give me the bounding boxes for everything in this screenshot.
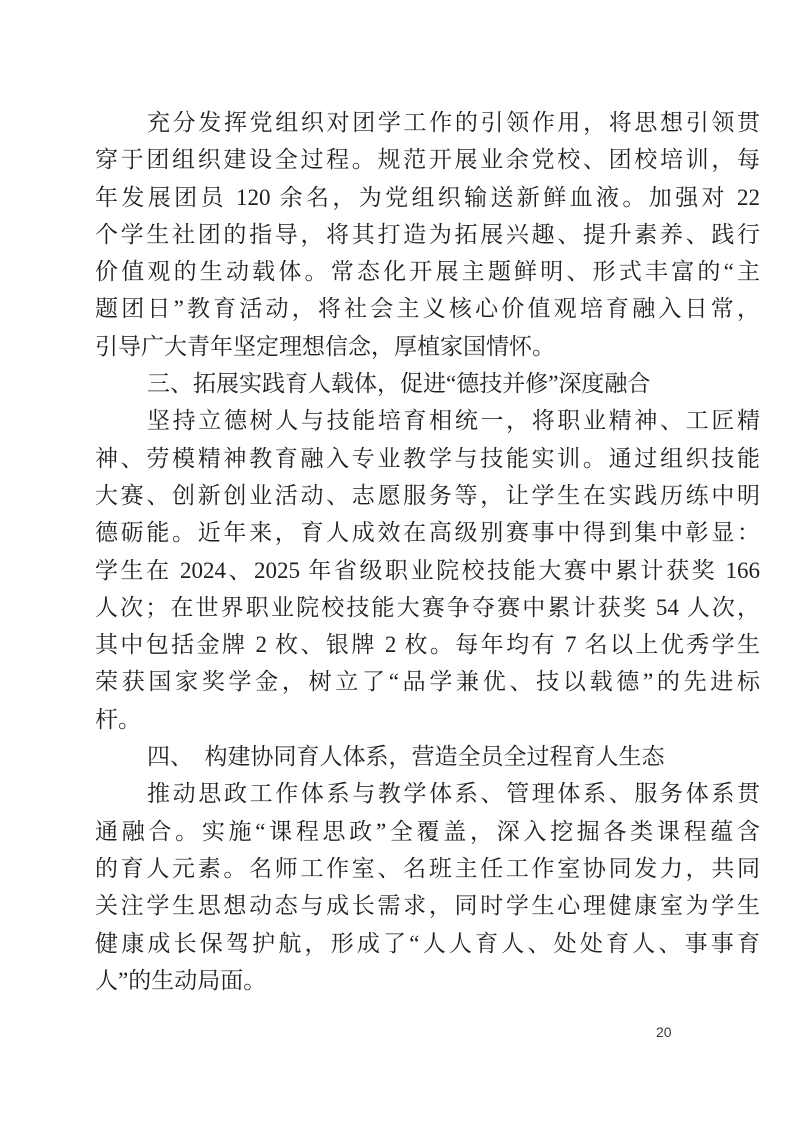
text-line: 其中包括金牌 2 枚、银牌 2 枚。每年均有 7 名以上优秀学生	[95, 626, 760, 663]
text-line: 引导广大青年坚定理想信念，厚植家国情怀。	[95, 328, 760, 365]
text-line: 价值观的生动载体。常态化开展主题鲜明、形式丰富的“主	[95, 253, 760, 290]
text-line: 推动思政工作体系与教学体系、管理体系、服务体系贯	[95, 775, 760, 812]
text-line: 健康成长保驾护航，形成了“人人育人、处处育人、事事育	[95, 925, 760, 962]
text-line: 学生在 2024、2025 年省级职业院校技能大赛中累计获奖 166	[95, 552, 760, 589]
text-line: 年发展团员 120 余名，为党组织输送新鲜血液。加强对 22	[95, 179, 760, 216]
text-line: 荣获国家奖学金，树立了“品学兼优、技以载德”的先进标	[95, 663, 760, 700]
section-heading: 四、 构建协同育人体系，营造全员全过程育人生态	[95, 738, 760, 775]
text-line: 大赛、创新创业活动、志愿服务等，让学生在实践历练中明	[95, 477, 760, 514]
text-line: 充分发挥党组织对团学工作的引领作用，将思想引领贯	[95, 104, 760, 141]
page-number: 20	[656, 1024, 672, 1040]
text-line: 神、劳模精神教育融入专业教学与技能实训。通过组织技能	[95, 440, 760, 477]
text-line: 个学生社团的指导，将其打造为拓展兴趣、提升素养、践行	[95, 216, 760, 253]
text-line: 人”的生动局面。	[95, 962, 760, 999]
text-line: 题团日”教育活动，将社会主义核心价值观培育融入日常，	[95, 290, 760, 327]
document-page: 充分发挥党组织对团学工作的引领作用，将思想引领贯 穿于团组织建设全过程。规范开展…	[0, 0, 794, 1123]
document-body: 充分发挥党组织对团学工作的引领作用，将思想引领贯 穿于团组织建设全过程。规范开展…	[95, 104, 760, 999]
text-line: 杆。	[95, 701, 760, 738]
text-line: 的育人元素。名师工作室、名班主任工作室协同发力，共同	[95, 850, 760, 887]
text-line: 人次；在世界职业院校技能大赛争夺赛中累计获奖 54 人次，	[95, 589, 760, 626]
text-line: 关注学生思想动态与成长需求，同时学生心理健康室为学生	[95, 887, 760, 924]
text-line: 德砺能。近年来，育人成效在高级别赛事中得到集中彰显：	[95, 514, 760, 551]
text-line: 通融合。实施“课程思政”全覆盖，深入挖掘各类课程蕴含	[95, 813, 760, 850]
text-line: 坚持立德树人与技能培育相统一，将职业精神、工匠精	[95, 402, 760, 439]
section-heading: 三、拓展实践育人载体，促进“德技并修”深度融合	[95, 365, 760, 402]
text-line: 穿于团组织建设全过程。规范开展业余党校、团校培训，每	[95, 141, 760, 178]
